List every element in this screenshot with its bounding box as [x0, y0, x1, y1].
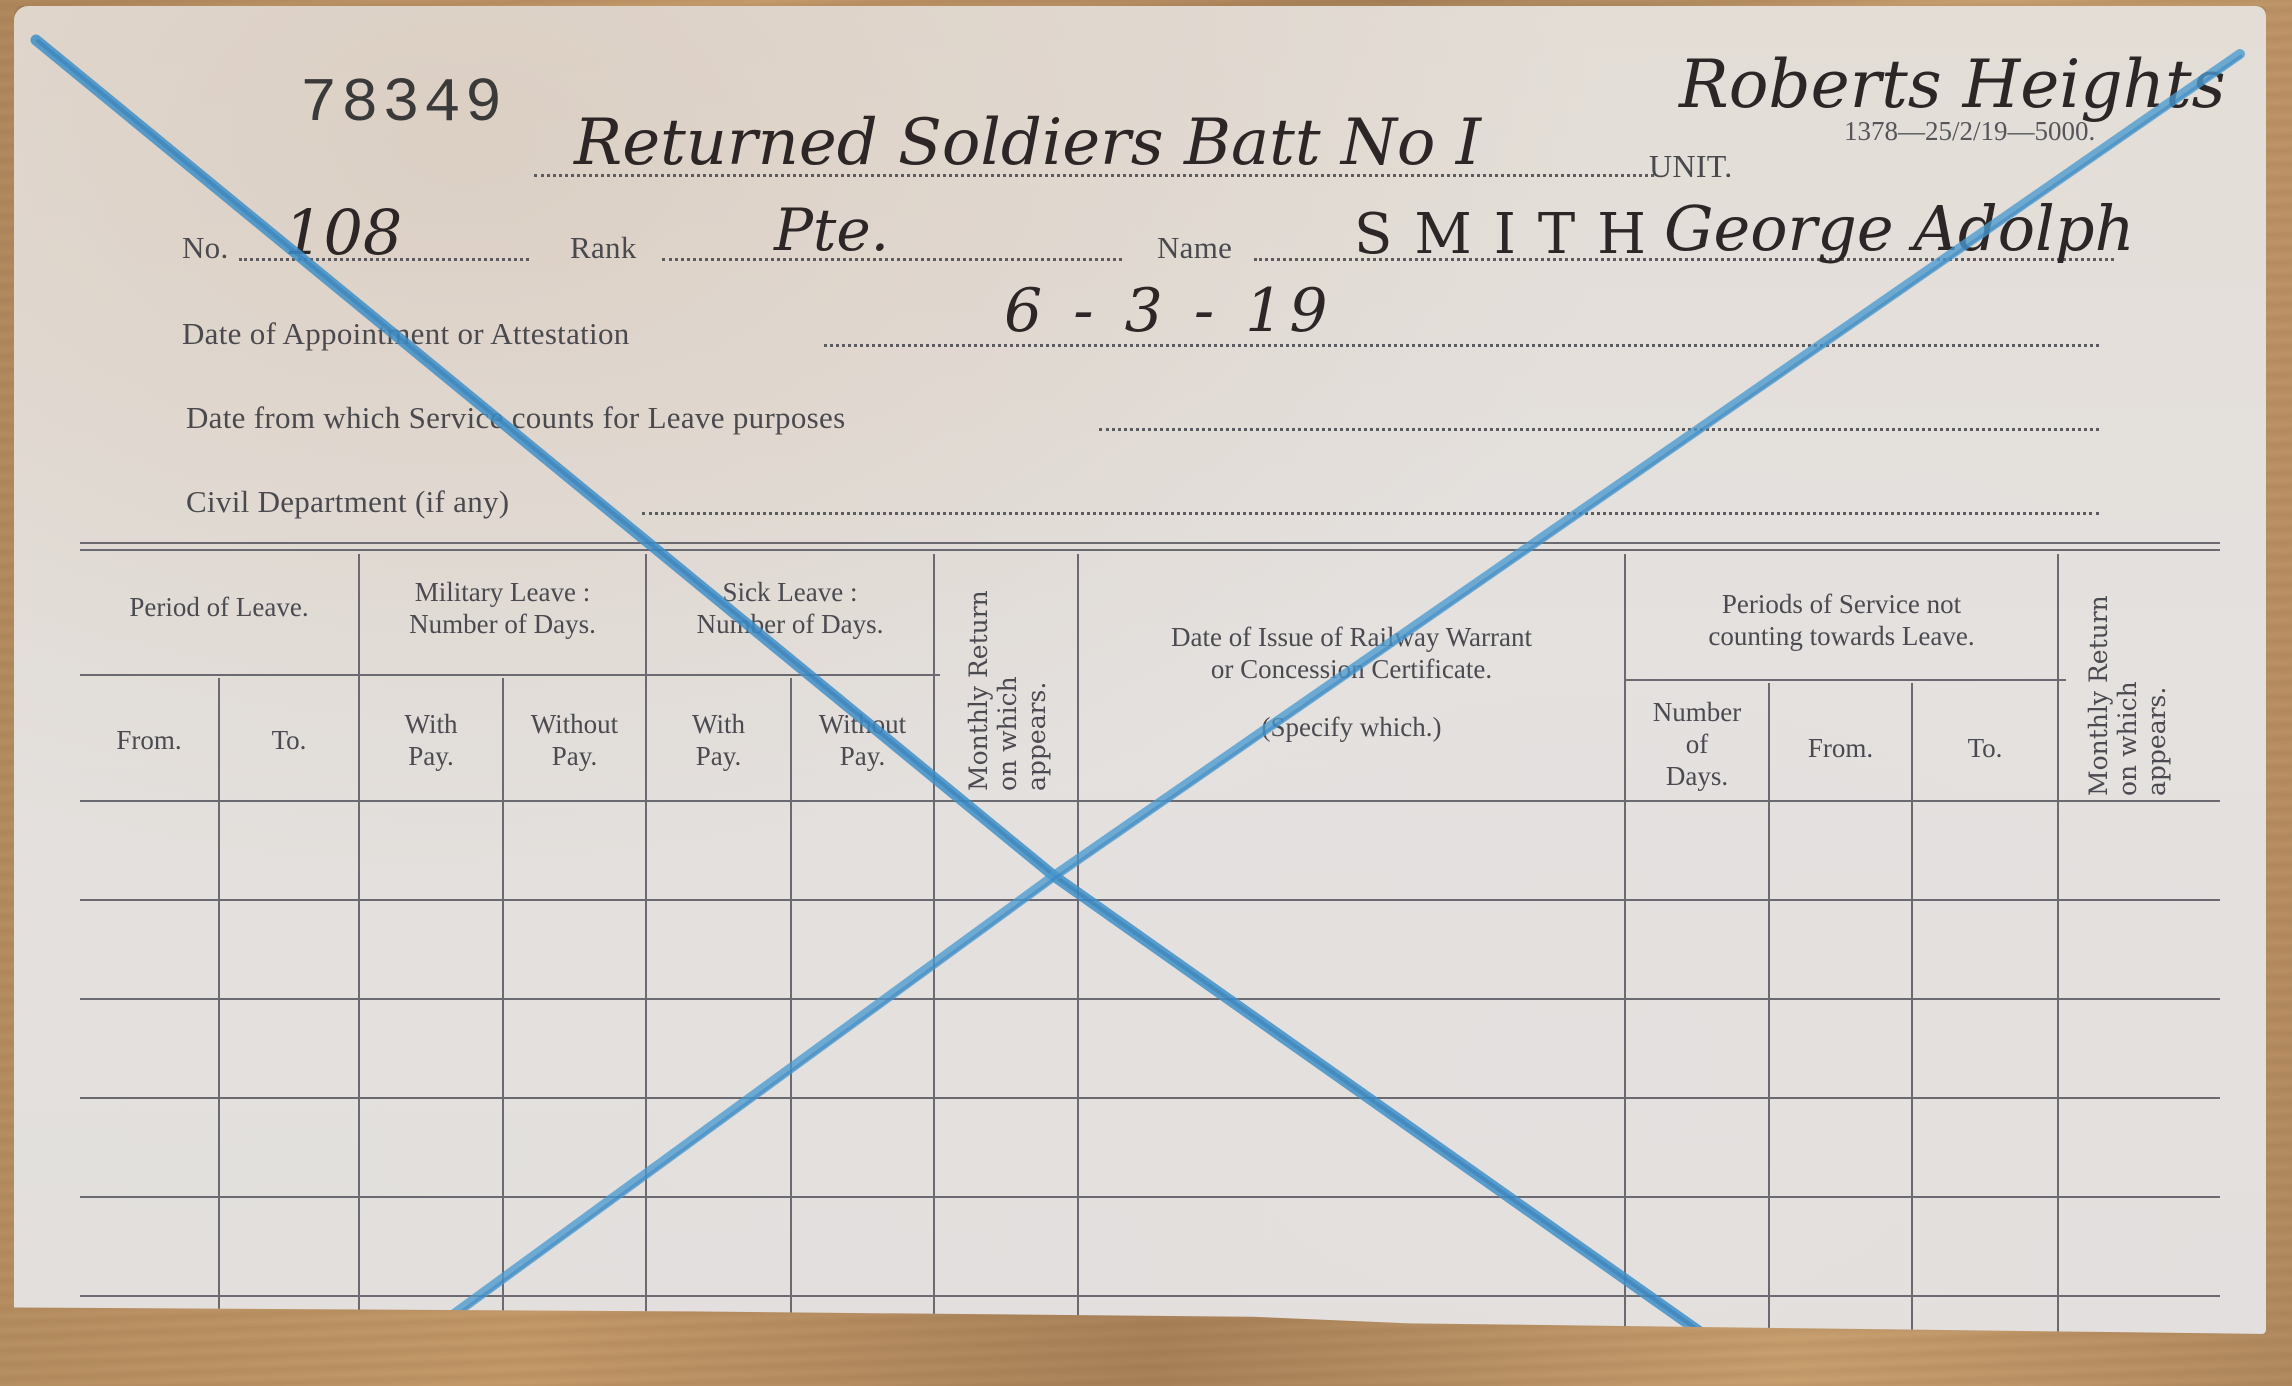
leave-record-card: 78349 1378—25/2/19—5000. Returned Soldie…	[14, 6, 2266, 1334]
blue-pencil-cancel-x	[14, 6, 2266, 1334]
